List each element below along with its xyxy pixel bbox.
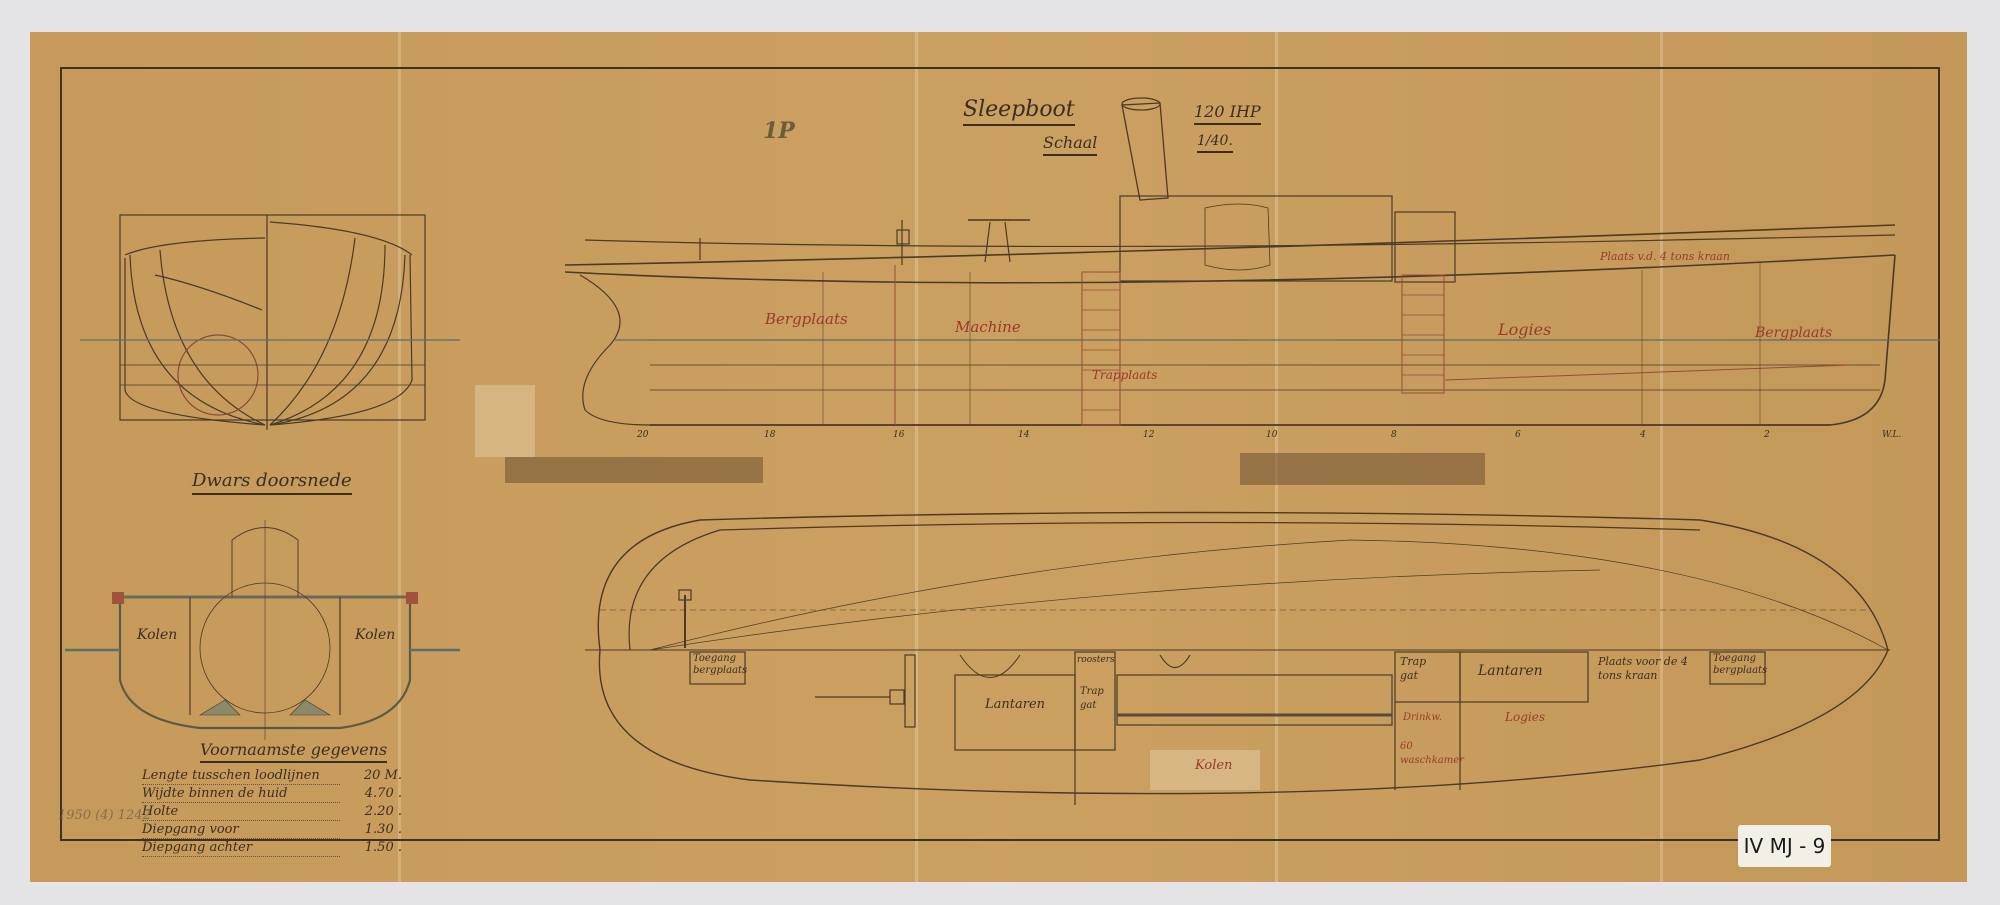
specifications-title: Voornaamste gegevens [200, 740, 387, 763]
body-plan [80, 215, 460, 430]
frame-number: 12 [1143, 430, 1154, 440]
spec-row: Diepgang achter1.50 . [142, 839, 402, 857]
label-trapgat-fore: Trap gat [1400, 655, 1440, 683]
frame-number: 20 [637, 430, 648, 440]
label-trapplaats: Trapplaats [1092, 368, 1157, 382]
label-plaats-kraan: Plaats v.d. 4 tons kraan [1600, 250, 1730, 263]
cross-section-drawing [65, 520, 460, 740]
spec-row: Lengte tusschen loodlijnen20 M. [142, 767, 402, 785]
label-kolen: Kolen [1195, 758, 1232, 773]
engine-power: 120 IHP [1194, 102, 1261, 125]
archive-label: IV MJ - 9 [1738, 825, 1831, 867]
frame-number: 6 [1515, 430, 1521, 440]
scale-value: 1/40. [1197, 133, 1233, 153]
spec-row: Holte2.20 . [142, 803, 402, 821]
cross-section-title: Dwars doorsnede [192, 470, 352, 495]
label-machine: Machine [955, 318, 1021, 336]
frame-number: 10 [1266, 430, 1277, 440]
sheet-mark: 1P [763, 118, 795, 144]
label-logies-deck: Logies [1505, 710, 1545, 724]
cross-section-right-label: Kolen [355, 627, 395, 643]
label-trapgat-aft: Trap gat [1080, 685, 1110, 713]
frame-number: 16 [893, 430, 904, 440]
frame-number: 8 [1391, 430, 1397, 440]
frame-number: W.L. [1882, 430, 1901, 440]
specifications-table: Voornaamste gegevens Lengte tusschen loo… [142, 740, 402, 857]
label-toegang-fore: Toegang bergplaats [1713, 653, 1765, 677]
label-logies: Logies [1498, 320, 1551, 339]
cross-section-left-label: Kolen [137, 627, 177, 643]
label-roosters: roosters [1077, 655, 1115, 665]
label-lantaren-aft: Lantaren [985, 697, 1045, 712]
label-bergplaats-aft: Bergplaats [765, 310, 848, 328]
scale-label: Schaal [1043, 133, 1097, 156]
label-lantaren-fore: Lantaren [1478, 663, 1543, 679]
label-drinkwater: Drinkw. [1403, 712, 1442, 723]
label-toegang-aft: Toegang bergplaats [693, 653, 745, 677]
frame-number: 18 [764, 430, 775, 440]
archive-stamp: 1950 (4) 1242 [58, 808, 151, 823]
frame-number: 2 [1764, 430, 1770, 440]
spec-row: Wijdte binnen de huid4.70 . [142, 785, 402, 803]
label-bergplaats-fore: Bergplaats [1755, 325, 1832, 341]
frame-number: 4 [1640, 430, 1646, 440]
drawing-title: Sleepboot [963, 97, 1075, 126]
spec-row: Diepgang voor1.30 . [142, 821, 402, 839]
frame-number: 14 [1018, 430, 1029, 440]
label-kettingbak: 60 waschkamer [1400, 740, 1450, 768]
profile-drawing [565, 98, 1940, 425]
label-plaats-kraan-deck: Plaats voor de 4 tons kraan [1598, 655, 1703, 683]
